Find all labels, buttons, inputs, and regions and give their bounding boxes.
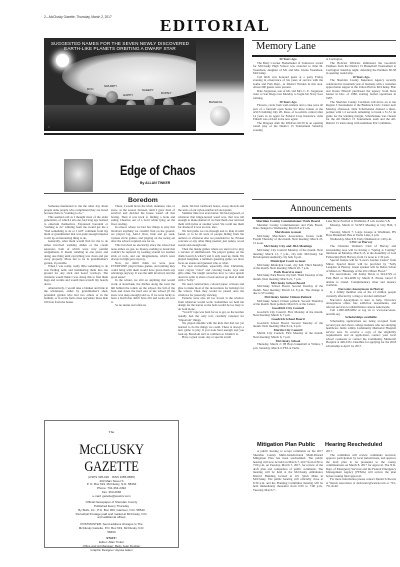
cartoon-clouds bbox=[44, 105, 196, 131]
newspaper-name: McCLUSKY GAZETTE bbox=[54, 442, 168, 476]
folio: 2—McClusky Gazette, Thursday, March 2, 2… bbox=[44, 15, 112, 19]
article-column-3: sleds. We had cardboard boxes, scoop sho… bbox=[178, 205, 244, 557]
memory-lane-column-1: 50 Years Ago The Betty Crocker Homemaker… bbox=[253, 58, 323, 186]
editorial-cartoon-right: BASHFUL bbox=[196, 38, 244, 131]
divider bbox=[44, 133, 244, 135]
planet-grumpy bbox=[106, 91, 118, 103]
announcements-title: Announcements bbox=[290, 204, 352, 214]
section-title: Editorial bbox=[160, 16, 271, 35]
article-title: Boredom bbox=[128, 197, 158, 204]
cartoonist-signature: ~ bbox=[48, 125, 50, 129]
article-column-1: Someone mentioned to me the other day ab… bbox=[44, 205, 108, 415]
newspaper-info-box: TheMcCLUSKY GAZETTE (USPS 335-020 · ISSN… bbox=[44, 420, 179, 548]
divider bbox=[252, 217, 396, 219]
planet-bashful bbox=[210, 106, 230, 126]
cartoon-caption: SUGGESTED NAMES FOR THE SEVEN NEWLY DISC… bbox=[44, 41, 196, 51]
divider bbox=[44, 193, 244, 194]
memory-lane-column-2: at Carrington. The Bobcats Wildcats elim… bbox=[326, 58, 396, 186]
announcements-column-1: Sheridan County Commissioner/ Park Board… bbox=[253, 220, 323, 440]
columnist-photo bbox=[64, 159, 93, 192]
memory-lane-title: Memory Lane bbox=[256, 41, 316, 52]
announcements-column-2: Lake Show Festival at Washburn, 8 a.m. G… bbox=[326, 220, 396, 440]
article-column-2: There, I would brave the wind, darkness,… bbox=[111, 205, 175, 415]
section-masthead: Editorial bbox=[160, 16, 270, 36]
mitigation-title-2: Hearing Rescheduled bbox=[325, 442, 382, 448]
mitigation-column-1: A public hearing to accept comments on t… bbox=[253, 450, 323, 550]
divider bbox=[252, 55, 396, 57]
mitigation-title: Mitigation Plan Public bbox=[257, 442, 315, 448]
sun-icon bbox=[56, 54, 69, 67]
editorial-cartoon: SUGGESTED NAMES FOR THE SEVEN NEWLY DISC… bbox=[44, 38, 196, 131]
column-title: Edge of Chaos bbox=[120, 163, 195, 178]
byline: By ALLAN TINKER bbox=[140, 181, 170, 185]
planet-doc bbox=[86, 94, 97, 105]
divider bbox=[252, 199, 396, 200]
mitigation-column-2: 2017. The committee will review comments… bbox=[326, 450, 396, 550]
